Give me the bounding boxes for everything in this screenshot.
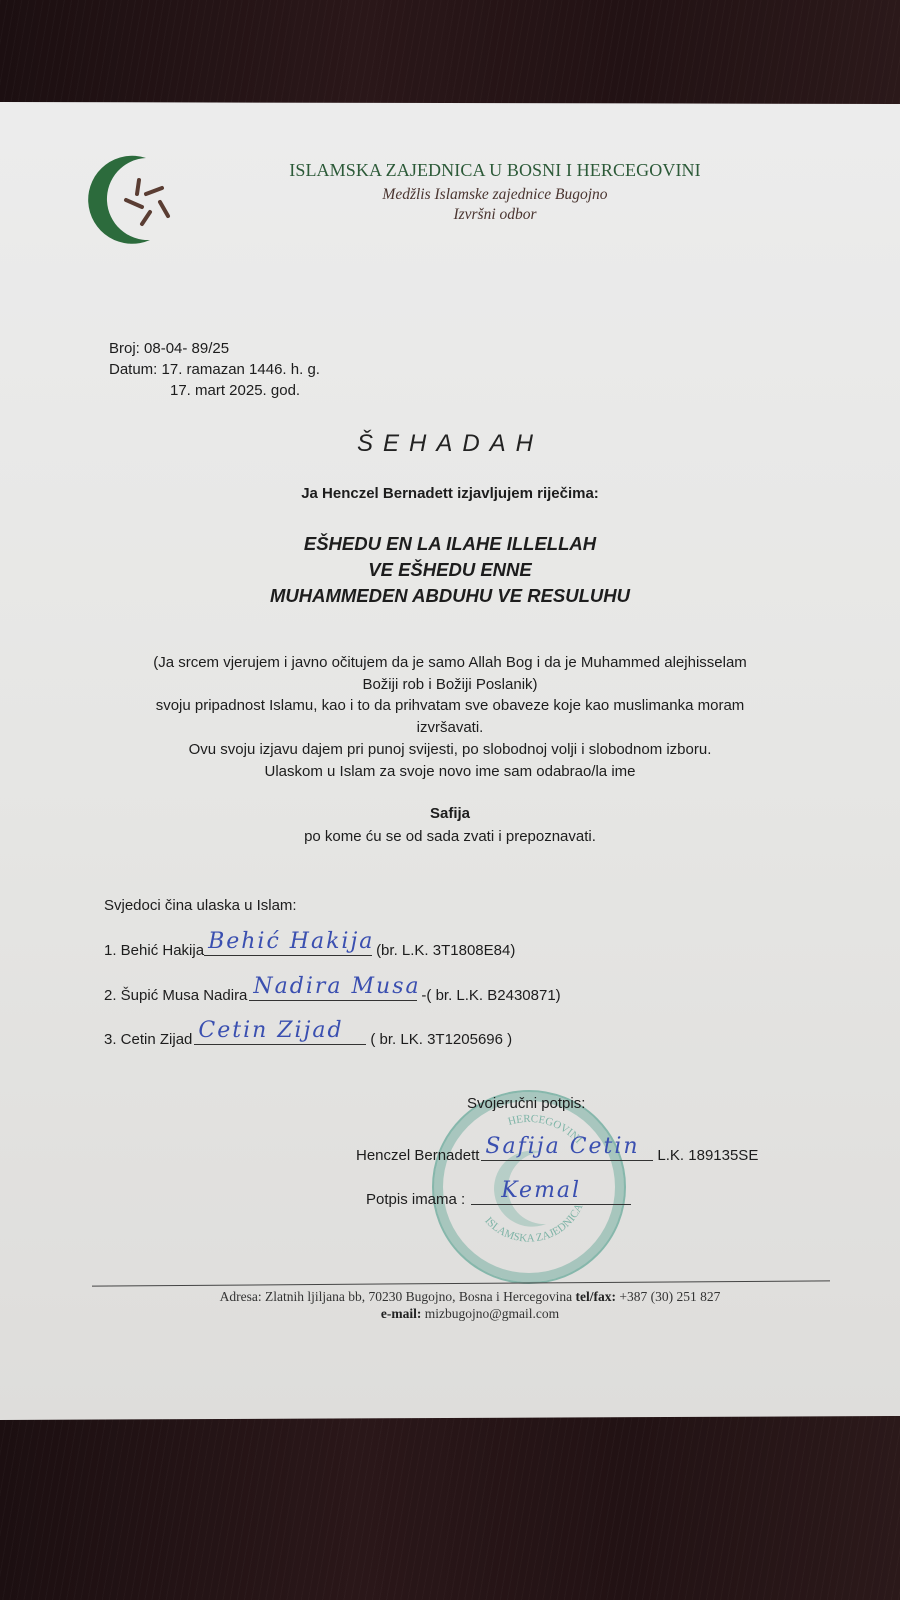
translation-line: (Ja srcem vjerujem i javno očitujem da j… [60,652,840,674]
signature-line: Cetin Zijad [194,1024,366,1045]
letterhead: ISLAMSKA ZAJEDNICA U BOSNI I HERCEGOVINI… [240,160,750,225]
footer-address: Adresa: Zlatnih ljiljana bb, 70230 Bugoj… [220,1289,572,1304]
witness-signature: Behić Hakija [208,929,374,954]
signature-line: Behić Hakija [204,935,372,956]
imam-label: Potpis imama : [366,1191,465,1208]
shahada-translation: (Ja srcem vjerujem i javno očitujem da j… [60,652,840,696]
footer-email-label: e-mail: [381,1306,421,1321]
signer-id: L.K. 189135SE [657,1147,758,1164]
new-name: Safija [60,805,840,822]
own-signature-label: Svojeručni potpis: [467,1095,585,1112]
signature-line: Kemal [471,1184,631,1205]
translation-line: Božiji rob i Božiji Poslanik) [60,674,840,696]
paragraph-line: izvršavati. [60,717,840,739]
witness-name: 1. Behić Hakija [104,942,204,959]
paragraph-line: svoju pripadnost Islamu, kao i to da pri… [60,695,840,717]
shahada-text: EŠHEDU EN LA ILAHE ILLELLAH VE EŠHEDU EN… [60,531,840,609]
document-meta: Broj: 08-04- 89/25 Datum: 17. ramazan 14… [109,338,320,401]
witness-id: ( br. LK. 3T1205696 ) [370,1031,512,1048]
declaration-paragraph: svoju pripadnost Islamu, kao i to da pri… [60,695,840,783]
new-name-note: po kome ću se od sada zvati i prepoznava… [60,828,840,845]
witness-signature: Nadira Musa [253,974,420,999]
imam-signature-row: Potpis imama : Kemal [366,1184,635,1208]
footer-email: mizbugojno@gmail.com [425,1306,559,1321]
footer-tel: +387 (30) 251 827 [619,1289,720,1304]
signer-name: Henczel Bernadett [356,1147,479,1164]
witness-name: 2. Šupić Musa Nadira [104,987,247,1004]
shahada-line: EŠHEDU EN LA ILAHE ILLELLAH [60,531,840,557]
witnesses-heading: Svjedoci čina ulaska u Islam: [104,897,297,914]
witness-name: 3. Cetin Zijad [104,1031,192,1048]
shahada-line: MUHAMMEDEN ABDUHU VE RESULUHU [60,583,840,609]
witness-id: -( br. L.K. B2430871) [421,987,560,1004]
board-name: Izvršni odbor [240,205,750,225]
declaration-intro: Ja Henczel Bernadett izjavljujem riječim… [60,485,840,502]
date-hijri: Datum: 17. ramazan 1446. h. g. [109,359,320,380]
witness-id: (br. L.K. 3T1808E84) [376,942,515,959]
shahada-line: VE EŠHEDU ENNE [60,557,840,583]
imam-signature: Kemal [501,1178,581,1203]
signature-line: Safija Cetin [481,1140,653,1161]
document-title: ŠEHADAH [0,430,900,458]
footer-tel-label: tel/fax: [575,1289,615,1304]
council-name: Medžlis Islamske zajednice Bugojno [240,185,750,205]
witness-row: 3. Cetin Zijad Cetin Zijad ( br. LK. 3T1… [104,1024,512,1048]
signature-line: Nadira Musa [249,980,417,1001]
paragraph-line: Ulaskom u Islam za svoje novo ime sam od… [60,761,840,783]
document-number: Broj: 08-04- 89/25 [109,338,320,359]
witness-signature: Cetin Zijad [198,1018,343,1043]
crescent-star-logo-icon [84,152,180,244]
footer: Adresa: Zlatnih ljiljana bb, 70230 Bugoj… [150,1288,790,1322]
paragraph-line: Ovu svoju izjavu dajem pri punoj svijest… [60,739,840,761]
witness-row: 2. Šupić Musa Nadira Nadira Musa -( br. … [104,980,561,1004]
date-gregorian: 17. mart 2025. god. [109,380,320,401]
own-signature: Safija Cetin [485,1134,639,1159]
witness-row: 1. Behić Hakija Behić Hakija (br. L.K. 3… [104,935,515,959]
organization-name: ISLAMSKA ZAJEDNICA U BOSNI I HERCEGOVINI [240,160,750,181]
own-signature-row: Henczel Bernadett Safija Cetin L.K. 1891… [356,1140,758,1164]
